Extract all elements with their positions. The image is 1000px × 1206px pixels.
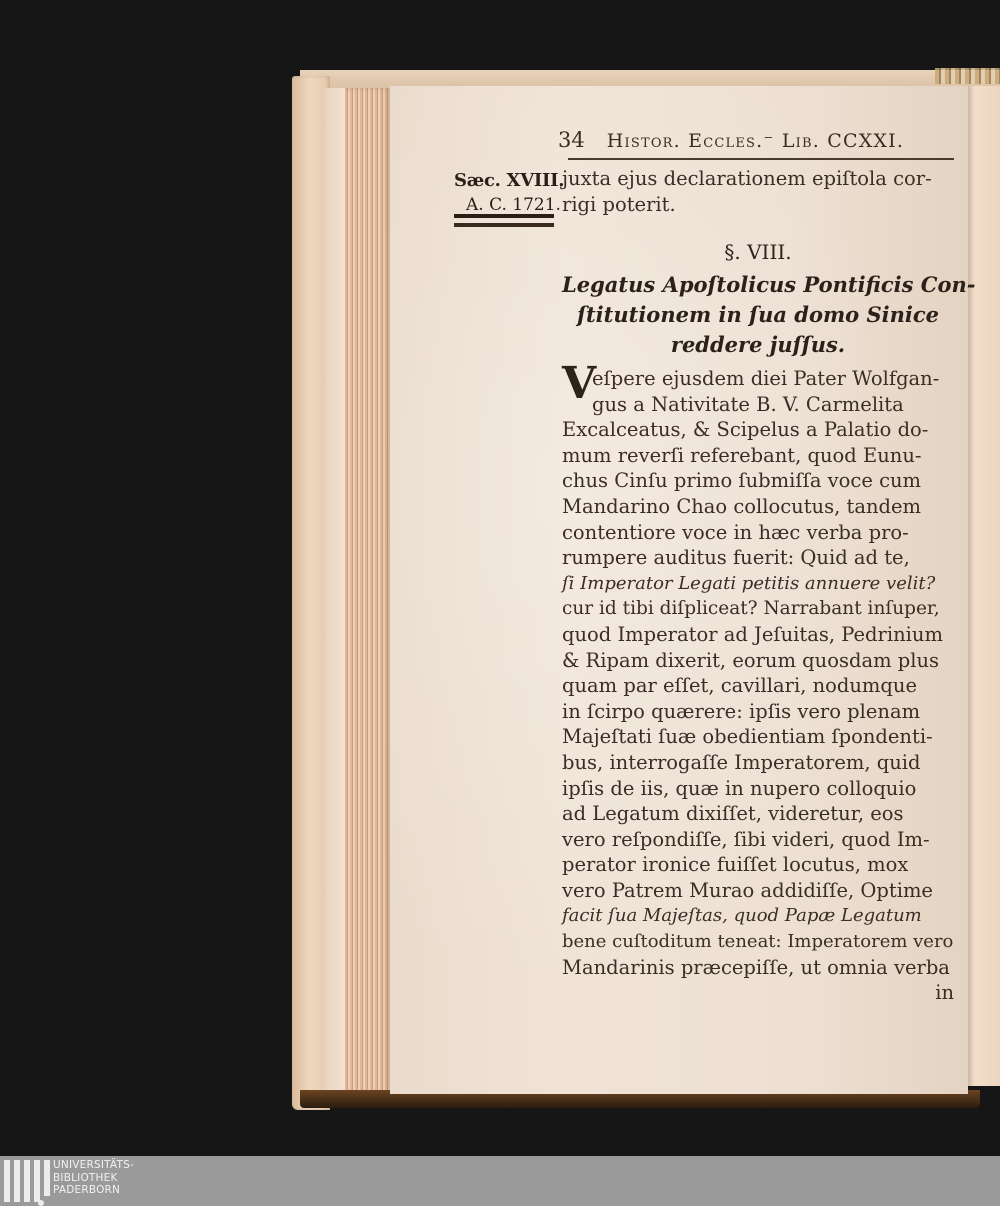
page-edges xyxy=(345,88,390,1093)
running-head-title: Histor. Eccles.⁻ Lib. CCXXI. xyxy=(607,130,904,152)
text-line: bus, interrogaſſe Imperatorem, quid xyxy=(562,750,954,776)
continuation-text: juxta ejus declarationem epiſtola cor- r… xyxy=(562,166,954,217)
text-line: bene cuſtoditum teneat: Imperatorem vero xyxy=(562,929,954,955)
text-line: Mandarino Chao collocutus, tandem xyxy=(562,494,954,520)
section-title: Legatus Apoſtolicus Pontificis Con- ſtit… xyxy=(562,270,954,360)
text-line: rigi poterit. xyxy=(562,192,954,218)
catchword: in xyxy=(562,980,954,1006)
text-line: chus Cinſu primo ſubmiſſa voce cum xyxy=(562,468,954,494)
text-line: Excalceatus, & Scipelus a Palatio do- xyxy=(562,417,954,443)
text-line: perator ironice fuiſſet locutus, mox xyxy=(562,852,954,878)
text-line: vero reſpondiſſe, ſibi videri, quod Im- xyxy=(562,827,954,853)
text-line: quam par eſſet, cavillari, nodumque xyxy=(562,673,954,699)
torn-binding xyxy=(935,68,1000,84)
text-line: juxta ejus declarationem epiſtola cor- xyxy=(562,166,954,192)
body-paragraph: eſpere ejusdem diei Pater Wolfgan- gus a… xyxy=(562,366,954,1006)
text-line: ipſis de iis, quæ in nupero colloquio xyxy=(562,776,954,802)
margin-note: Sæc. XVIII. A. C. 1721. xyxy=(454,168,564,218)
section-title-line: Legatus Apoſtolicus Pontificis Con- xyxy=(562,270,954,300)
text-line: cur id tibi diſpliceat? Narrabant inſupe… xyxy=(562,596,954,622)
text-line: Majeſtati ſuæ obedientiam ſpondenti- xyxy=(562,724,954,750)
logo-dot-icon xyxy=(38,1200,44,1206)
text-line: eſpere ejusdem diei Pater Wolfgan- xyxy=(562,366,954,392)
text-line: contentiore voce in hæc verba pro- xyxy=(562,520,954,546)
text-line: quod Imperator ad Jeſuitas, Pedrinium xyxy=(562,622,954,648)
section-number: §. VIII. xyxy=(562,240,954,264)
margin-rule xyxy=(454,214,554,218)
flyleaf xyxy=(325,88,347,1098)
text-line: facit ſua Majeſtas, quod Papæ Legatum xyxy=(562,903,954,929)
section-title-line: reddere juſſus. xyxy=(562,330,954,360)
library-name-line: PADERBORN xyxy=(53,1184,134,1197)
library-logo-icon xyxy=(4,1160,50,1204)
text-line: ad Legatum dixiſſet, videretur, eos xyxy=(562,801,954,827)
text-line: gus a Nativitate B. V. Carmelita xyxy=(562,392,954,418)
text-line: mum reverſi referebant, quod Eunu- xyxy=(562,443,954,469)
section-title-line: ſtitutionem in ſua domo Sinice xyxy=(562,300,954,330)
library-name-line: BIBLIOTHEK xyxy=(53,1172,134,1185)
library-footer: UNIVERSITÄTS- BIBLIOTHEK PADERBORN xyxy=(0,1156,1000,1206)
margin-note-century: Sæc. XVIII. xyxy=(454,168,564,193)
text-line: in ſcirpo quærere: ipſis vero plenam xyxy=(562,699,954,725)
text-line: & Ripam dixerit, eorum quosdam plus xyxy=(562,648,954,674)
adjacent-page xyxy=(968,86,1000,1086)
running-head: 34 Histor. Eccles.⁻ Lib. CCXXI. xyxy=(558,128,954,152)
text-line: rumpere auditus fuerit: Quid ad te, xyxy=(562,545,954,571)
margin-rule xyxy=(454,223,554,227)
library-name: UNIVERSITÄTS- BIBLIOTHEK PADERBORN xyxy=(53,1159,134,1197)
text-line: Mandarinis præcepiſſe, ut omnia verba xyxy=(562,955,954,981)
text-line: ſi Imperator Legati petitis annuere veli… xyxy=(562,571,954,597)
header-rule xyxy=(568,158,954,160)
text-line: vero Patrem Murao addidiſſe, Optime xyxy=(562,878,954,904)
library-name-line: UNIVERSITÄTS- xyxy=(53,1159,134,1172)
page-number: 34 xyxy=(558,128,585,152)
